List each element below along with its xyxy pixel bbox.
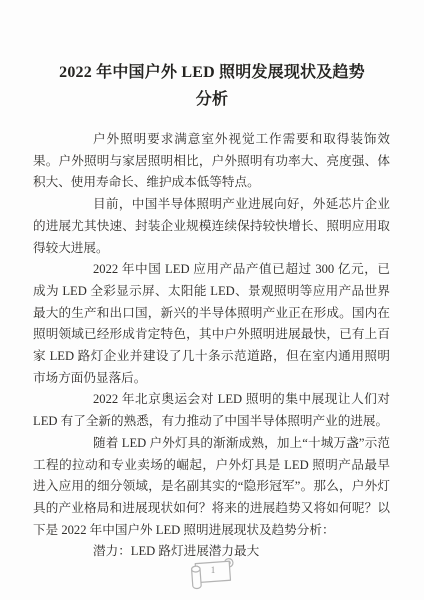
document-page: 2022 年中国户外 LED 照明发展现状及趋势分析 户外照明要求满意室外视觉工… (0, 0, 424, 600)
paragraph: 2022 年中国 LED 应用产品产值已超过 300 亿元，已成为 LED 全彩… (33, 259, 390, 389)
document-title: 2022 年中国户外 LED 照明发展现状及趋势分析 (54, 59, 370, 113)
page-number: 1 (204, 565, 222, 575)
page-footer: 1 (183, 554, 241, 594)
paragraph: 目前，中国半导体照明产业进展向好，外延芯片企业的进展尤其快速、封装企业规模连续保… (33, 194, 390, 259)
paragraph: 随着 LED 户外灯具的渐渐成熟，加上“十城万盏”示范工程的拉动和专业卖场的崛起… (33, 433, 390, 542)
paragraph: 户外照明要求满意室外视觉工作需要和取得装饰效果。户外照明与家居照明相比，户外照明… (33, 129, 390, 194)
paragraph: 2022 年北京奥运会对 LED 照明的集中展现让人们对 LED 有了全新的熟悉… (33, 389, 390, 432)
document-body: 户外照明要求满意室外视觉工作需要和取得装饰效果。户外照明与家居照明相比，户外照明… (33, 129, 390, 563)
